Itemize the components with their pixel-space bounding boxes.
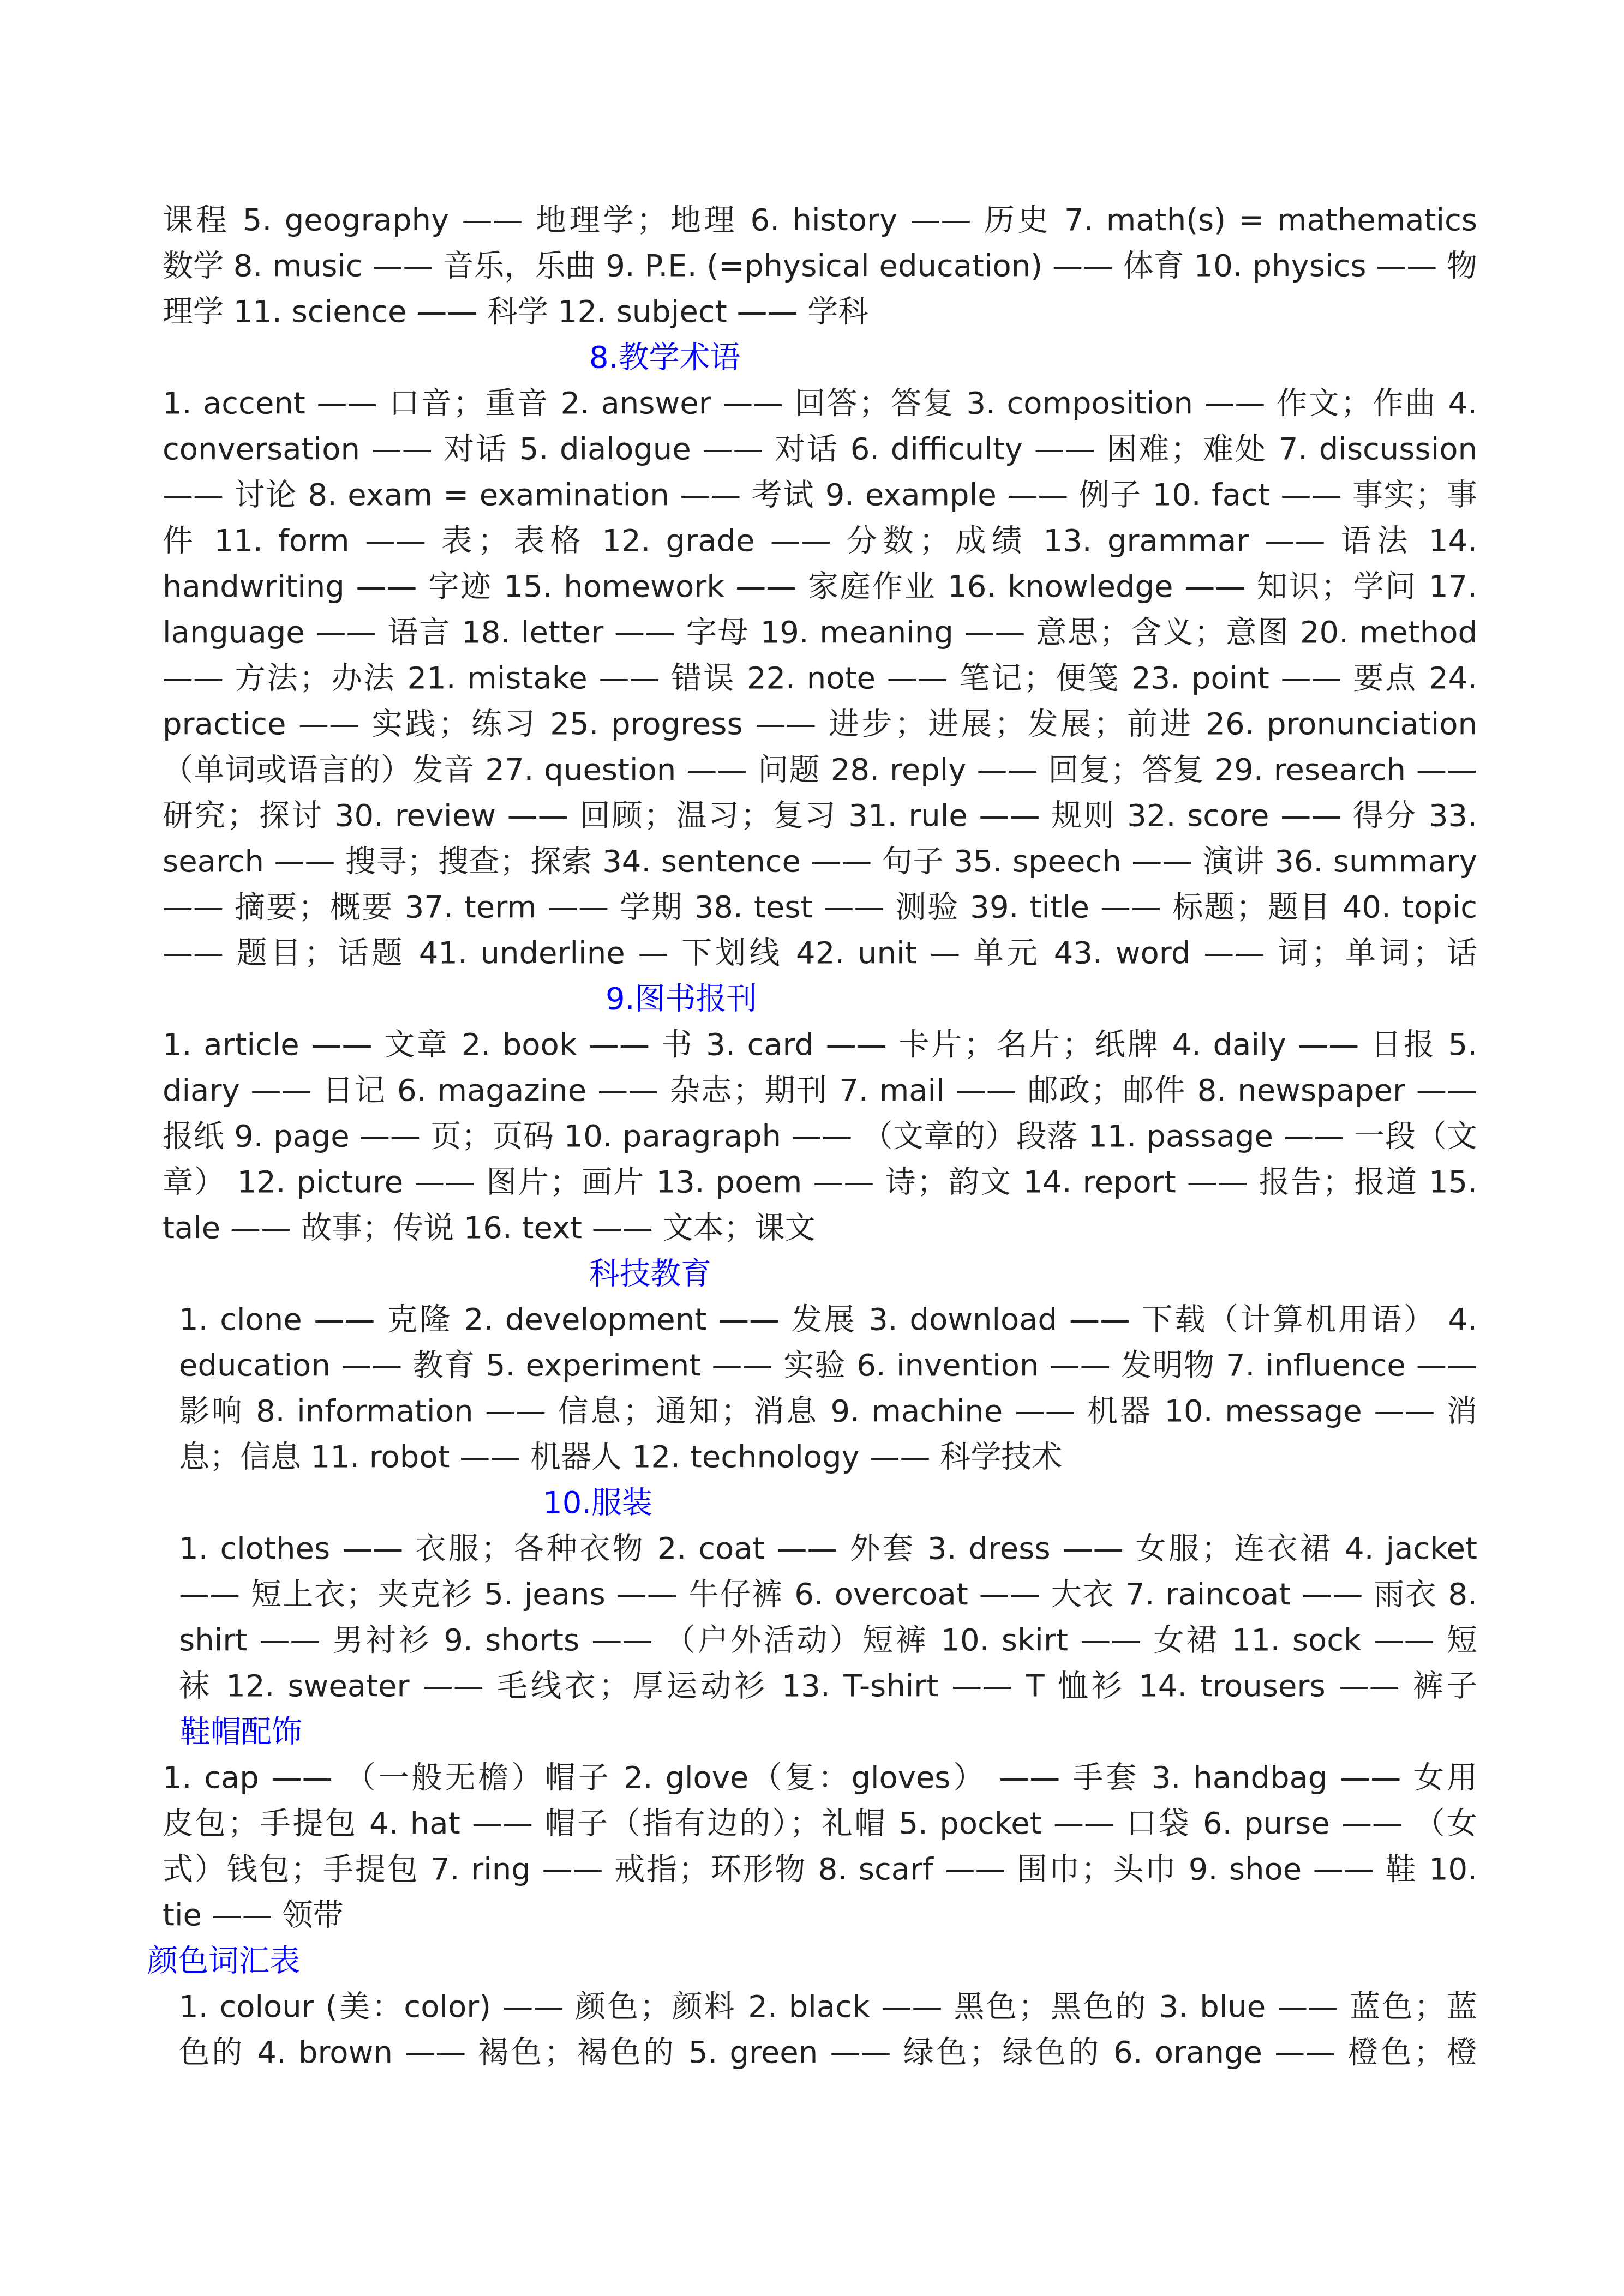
paragraph-line: 研究；探讨 30. review —— 回顾；温习；复习 31. rule ——… (163, 793, 1477, 839)
paragraph-line: 报纸 9. page —— 页；页码 10. paragraph —— （文章的… (163, 1114, 1477, 1159)
paragraph-line: shirt —— 男衬衫 9. shorts —— （户外活动）短裤 10. s… (179, 1618, 1477, 1663)
section-heading-colour-vocabulary: 颜色词汇表 (147, 1938, 300, 1984)
document-page: 课程 5. geography —— 地理学；地理 6. history —— … (0, 0, 1624, 2296)
section-heading-shoes-hats-accessories: 鞋帽配饰 (180, 1709, 302, 1755)
paragraph-line: handwriting —— 字迹 15. homework —— 家庭作业 1… (163, 564, 1477, 610)
section-heading-clothing: 10.服装 (543, 1480, 652, 1526)
paragraph-line: 式）钱包；手提包 7. ring —— 戒指；环形物 8. scarf —— 围… (163, 1847, 1477, 1892)
paragraph-line: 件 11. form —— 表；表格 12. grade —— 分数；成绩 13… (163, 518, 1477, 564)
paragraph-line: 袜 12. sweater —— 毛线衣；厚运动衫 13. T-shirt ——… (179, 1663, 1477, 1709)
paragraph-line: diary —— 日记 6. magazine —— 杂志；期刊 7. mail… (163, 1068, 1477, 1114)
paragraph-line: 1. clothes —— 衣服；各种衣物 2. coat —— 外套 3. d… (179, 1526, 1477, 1572)
paragraph-line: 影响 8. information —— 信息；通知；消息 9. machine… (179, 1389, 1477, 1434)
paragraph-line: —— 短上衣；夹克衫 5. jeans —— 牛仔裤 6. overcoat —… (179, 1572, 1477, 1618)
paragraph-line: tale —— 故事；传说 16. text —— 文本；课文 (163, 1205, 1477, 1251)
paragraph-line: 1. cap —— （一般无檐）帽子 2. glove（复：gloves） ——… (163, 1755, 1477, 1801)
paragraph-line: 1. article —— 文章 2. book —— 书 3. card ——… (163, 1022, 1477, 1068)
section-heading-books-periodicals: 9.图书报刊 (606, 976, 757, 1022)
paragraph-line: practice —— 实践；练习 25. progress —— 进步；进展；… (163, 701, 1477, 747)
paragraph-line: （单词或语言的）发音 27. question —— 问题 28. reply … (163, 747, 1477, 793)
paragraph-line: 1. colour (美：color) —— 颜色；颜料 2. black ——… (179, 1984, 1477, 2030)
paragraph-line: search —— 搜寻；搜查；探索 34. sentence —— 句子 35… (163, 839, 1477, 885)
paragraph-line: —— 讨论 8. exam = examination —— 考试 9. exa… (163, 472, 1477, 518)
paragraph-line: 章） 12. picture —— 图片；画片 13. poem —— 诗；韵文… (163, 1159, 1477, 1205)
paragraph-line: education —— 教育 5. experiment —— 实验 6. i… (179, 1343, 1477, 1389)
section-heading-teaching-terms: 8.教学术语 (589, 335, 740, 381)
paragraph-line: —— 题目；话题 41. underline — 下划线 42. unit — … (163, 930, 1477, 976)
paragraph-line: 色的 4. brown —— 褐色；褐色的 5. green —— 绿色；绿色的… (179, 2030, 1477, 2076)
section-heading-science-technology: 科技教育 (589, 1251, 711, 1297)
paragraph-line: 课程 5. geography —— 地理学；地理 6. history —— … (163, 197, 1477, 243)
paragraph-line: conversation —— 对话 5. dialogue —— 对话 6. … (163, 426, 1477, 472)
paragraph-line: tie —— 领带 (163, 1892, 1477, 1938)
paragraph-line: 息；信息 11. robot —— 机器人 12. technology —— … (179, 1434, 1477, 1480)
paragraph-line: 皮包；手提包 4. hat —— 帽子（指有边的）；礼帽 5. pocket —… (163, 1801, 1477, 1847)
paragraph-line: 1. clone —— 克隆 2. development —— 发展 3. d… (179, 1297, 1477, 1343)
paragraph-line: 数学 8. music —— 音乐，乐曲 9. P.E. (=physical … (163, 243, 1477, 289)
paragraph-line: 理学 11. science —— 科学 12. subject —— 学科 (163, 289, 1477, 335)
paragraph-line: 1. accent —— 口音；重音 2. answer —— 回答；答复 3.… (163, 381, 1477, 426)
paragraph-line: —— 方法；办法 21. mistake —— 错误 22. note —— 笔… (163, 656, 1477, 701)
paragraph-line: —— 摘要；概要 37. term —— 学期 38. test —— 测验 3… (163, 885, 1477, 930)
paragraph-line: language —— 语言 18. letter —— 字母 19. mean… (163, 610, 1477, 656)
